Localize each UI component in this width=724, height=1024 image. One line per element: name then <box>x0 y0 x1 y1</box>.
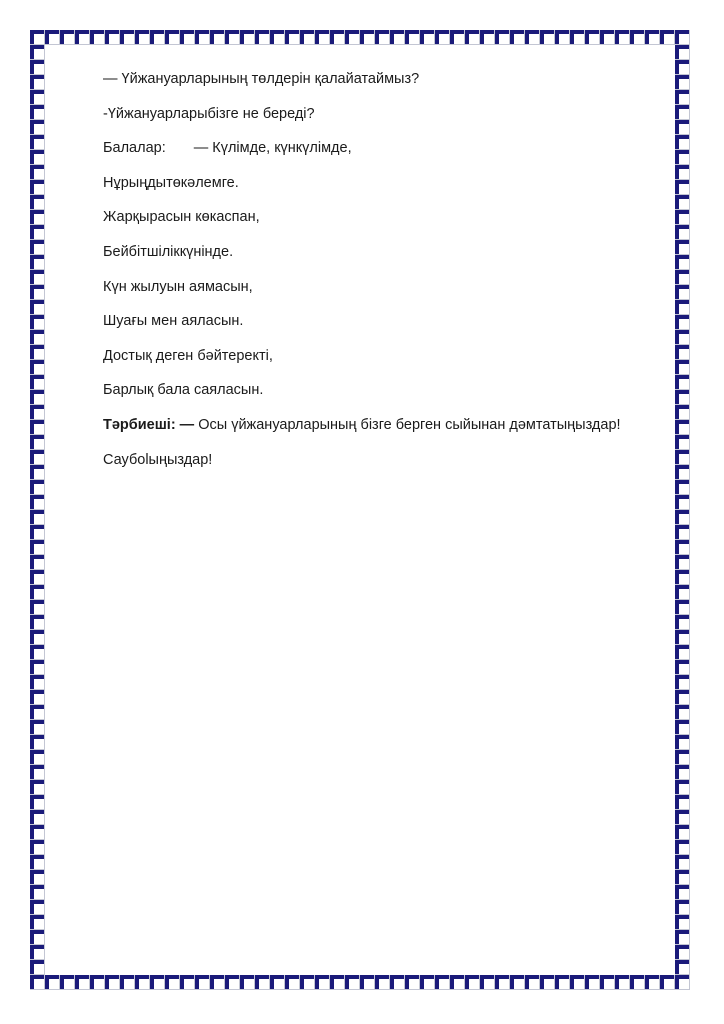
border-tile <box>30 675 45 690</box>
text-line: Саубolыңыздар! <box>103 449 683 484</box>
border-tile <box>30 810 45 825</box>
border-tile <box>30 210 45 225</box>
border-tile <box>105 975 120 990</box>
border-tile <box>30 390 45 405</box>
border-tile <box>30 585 45 600</box>
border-tile <box>300 30 315 45</box>
border-tile <box>480 975 495 990</box>
border-tile <box>285 30 300 45</box>
border-tile <box>270 975 285 990</box>
border-tile <box>30 540 45 555</box>
border-tile <box>30 135 45 150</box>
border-tile <box>255 975 270 990</box>
border-tile <box>675 705 690 720</box>
border-tile <box>525 975 540 990</box>
border-tile <box>135 30 150 45</box>
border-tile <box>45 975 60 990</box>
border-tile <box>675 855 690 870</box>
border-tile <box>30 570 45 585</box>
border-tile <box>75 30 90 45</box>
border-tile <box>675 810 690 825</box>
border-tile <box>330 30 345 45</box>
poem-line: Бейбітшіліккүнінде. <box>103 241 683 276</box>
border-tile <box>195 30 210 45</box>
border-tile <box>615 30 630 45</box>
poem-line: Жарқырасын көкаспан, <box>103 206 683 241</box>
border-tile <box>675 915 690 930</box>
border-tile <box>675 960 690 975</box>
border-tile <box>225 30 240 45</box>
border-tile <box>30 435 45 450</box>
border-tile <box>30 465 45 480</box>
border-tile <box>30 60 45 75</box>
border-tile <box>390 975 405 990</box>
border-tile <box>30 840 45 855</box>
border-tile <box>645 975 660 990</box>
border-tile <box>675 795 690 810</box>
dialogue-text: Осы үйжануарларының бізге берген сыйынан… <box>198 417 620 433</box>
text-line: -Үйжануарларыбізге не береді? <box>103 103 683 138</box>
poem-line: Шуағы мен аяласын. <box>103 310 683 345</box>
border-tile <box>495 30 510 45</box>
border-tile <box>60 30 75 45</box>
border-tile <box>30 300 45 315</box>
border-tile <box>645 30 660 45</box>
border-tile <box>480 30 495 45</box>
border-tile <box>675 675 690 690</box>
border-tile <box>675 600 690 615</box>
border-tile <box>30 765 45 780</box>
border-tile <box>390 30 405 45</box>
border-tile <box>270 30 285 45</box>
border-tile <box>675 750 690 765</box>
document-page: — Үйжануарларының төлдерін қалайатаймыз?… <box>0 0 724 1024</box>
border-tile <box>675 885 690 900</box>
border-tile <box>315 30 330 45</box>
border-tile <box>120 30 135 45</box>
border-tile <box>30 915 45 930</box>
border-tile <box>675 645 690 660</box>
border-tile <box>360 30 375 45</box>
border-tile <box>540 30 555 45</box>
dialogue-line: Балалар:— Күлімде, күнкүлімде, <box>103 137 683 172</box>
border-tile <box>30 360 45 375</box>
border-tile <box>675 930 690 945</box>
border-tile <box>450 30 465 45</box>
border-tile <box>30 105 45 120</box>
border-tile <box>30 960 45 975</box>
border-tile <box>450 975 465 990</box>
poem-line: Күн жылуын аямасын, <box>103 276 683 311</box>
border-tile <box>45 30 60 45</box>
border-tile <box>285 975 300 990</box>
border-tile <box>60 975 75 990</box>
border-tile <box>675 780 690 795</box>
border-tile <box>30 750 45 765</box>
border-tile <box>150 975 165 990</box>
border-tile <box>420 30 435 45</box>
border-tile <box>30 150 45 165</box>
border-tile <box>30 780 45 795</box>
border-tile <box>150 30 165 45</box>
border-tile <box>420 975 435 990</box>
border-tile <box>105 30 120 45</box>
dialogue-text: — Күлімде, күнкүлімде, <box>194 140 352 156</box>
border-tile <box>675 45 690 60</box>
border-tile <box>675 630 690 645</box>
border-tile <box>30 75 45 90</box>
border-tile <box>555 975 570 990</box>
border-tile <box>30 225 45 240</box>
border-tile <box>240 975 255 990</box>
poem-line: Достық деген бәйтеректі, <box>103 345 683 380</box>
border-tile <box>675 765 690 780</box>
border-tile <box>675 900 690 915</box>
border-tile <box>30 405 45 420</box>
border-tile <box>495 975 510 990</box>
border-tile <box>165 30 180 45</box>
poem-line: Нұрыңдытөкәлемге. <box>103 172 683 207</box>
border-tile <box>675 30 690 45</box>
border-tile <box>30 195 45 210</box>
border-tile <box>675 720 690 735</box>
border-tile <box>30 615 45 630</box>
border-tile <box>180 30 195 45</box>
border-tile <box>165 975 180 990</box>
border-tile <box>510 975 525 990</box>
border-tile <box>405 975 420 990</box>
border-tile <box>30 720 45 735</box>
border-tile <box>675 870 690 885</box>
border-tile <box>195 975 210 990</box>
border-tile <box>435 30 450 45</box>
border-tile <box>30 480 45 495</box>
speaker-label: Тәрбиеші: — <box>103 417 194 433</box>
border-tile <box>675 585 690 600</box>
border-tile <box>345 30 360 45</box>
border-tile <box>240 30 255 45</box>
border-tile <box>210 30 225 45</box>
border-tile <box>30 525 45 540</box>
border-tile <box>30 735 45 750</box>
border-tile <box>375 975 390 990</box>
border-tile <box>30 630 45 645</box>
border-tile <box>675 825 690 840</box>
border-tile <box>30 495 45 510</box>
border-tile <box>30 855 45 870</box>
border-tile <box>585 975 600 990</box>
border-tile <box>255 30 270 45</box>
document-body: — Үйжануарларының төлдерін қалайатаймыз?… <box>103 68 683 483</box>
border-tile <box>30 330 45 345</box>
border-tile <box>30 705 45 720</box>
text-line: — Үйжануарларының төлдерін қалайатаймыз? <box>103 68 683 103</box>
border-tile <box>615 975 630 990</box>
border-tile <box>30 315 45 330</box>
border-tile <box>30 240 45 255</box>
border-tile <box>30 885 45 900</box>
border-tile <box>675 495 690 510</box>
border-tile <box>30 30 45 45</box>
border-tile <box>30 975 45 990</box>
border-tile <box>300 975 315 990</box>
speaker-label: Балалар: <box>103 140 166 156</box>
border-tile <box>585 30 600 45</box>
border-tile <box>30 945 45 960</box>
border-tile <box>30 420 45 435</box>
border-tile <box>540 975 555 990</box>
border-tile <box>675 840 690 855</box>
border-tile <box>135 975 150 990</box>
border-tile <box>30 90 45 105</box>
border-tile <box>675 945 690 960</box>
border-tile <box>225 975 240 990</box>
border-tile <box>30 270 45 285</box>
border-tile <box>525 30 540 45</box>
border-tile <box>675 540 690 555</box>
border-tile <box>75 975 90 990</box>
border-tile <box>375 30 390 45</box>
border-tile <box>90 975 105 990</box>
border-tile <box>30 510 45 525</box>
border-tile <box>30 660 45 675</box>
border-tile <box>345 975 360 990</box>
border-tile <box>675 975 690 990</box>
border-tile <box>660 975 675 990</box>
poem-line: Барлық бала саяласын. <box>103 379 683 414</box>
border-tile <box>600 30 615 45</box>
dialogue-line: Тәрбиеші: — Осы үйжануарларының бізге бе… <box>103 414 683 449</box>
border-tile <box>210 975 225 990</box>
border-tile <box>675 570 690 585</box>
border-tile <box>30 345 45 360</box>
border-tile <box>30 690 45 705</box>
border-tile <box>30 165 45 180</box>
border-tile <box>675 510 690 525</box>
border-tile <box>600 975 615 990</box>
border-tile <box>30 450 45 465</box>
border-tile <box>465 975 480 990</box>
border-tile <box>30 825 45 840</box>
border-tile <box>30 930 45 945</box>
border-tile <box>30 375 45 390</box>
border-tile <box>330 975 345 990</box>
border-tile <box>30 645 45 660</box>
border-tile <box>360 975 375 990</box>
border-tile <box>465 30 480 45</box>
border-tile <box>570 30 585 45</box>
border-tile <box>405 30 420 45</box>
border-tile <box>675 735 690 750</box>
border-tile <box>30 180 45 195</box>
border-tile <box>630 30 645 45</box>
border-tile <box>675 690 690 705</box>
border-tile <box>555 30 570 45</box>
border-tile <box>675 660 690 675</box>
border-tile <box>90 30 105 45</box>
border-tile <box>630 975 645 990</box>
border-tile <box>570 975 585 990</box>
border-tile <box>30 285 45 300</box>
border-tile <box>30 870 45 885</box>
border-tile <box>30 255 45 270</box>
border-tile <box>675 615 690 630</box>
border-tile <box>30 45 45 60</box>
border-tile <box>120 975 135 990</box>
border-tile <box>30 795 45 810</box>
border-tile <box>30 555 45 570</box>
border-tile <box>660 30 675 45</box>
border-tile <box>30 600 45 615</box>
border-tile <box>675 525 690 540</box>
border-tile <box>435 975 450 990</box>
border-tile <box>180 975 195 990</box>
border-tile <box>510 30 525 45</box>
border-tile <box>30 120 45 135</box>
border-tile <box>315 975 330 990</box>
border-tile <box>675 555 690 570</box>
border-tile <box>30 900 45 915</box>
